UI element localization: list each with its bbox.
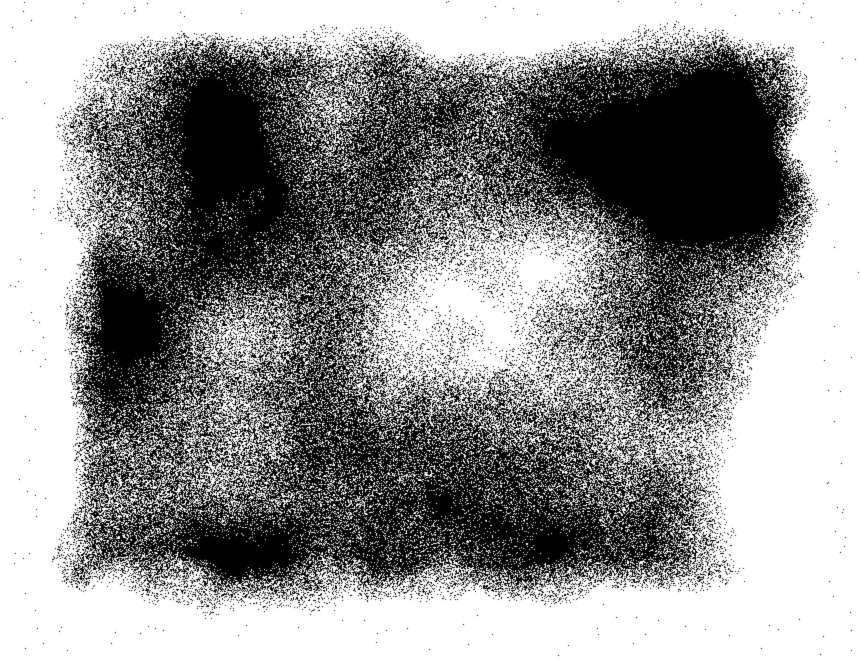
grunge-texture-image <box>0 0 860 660</box>
grunge-splatter-texture <box>0 0 860 660</box>
